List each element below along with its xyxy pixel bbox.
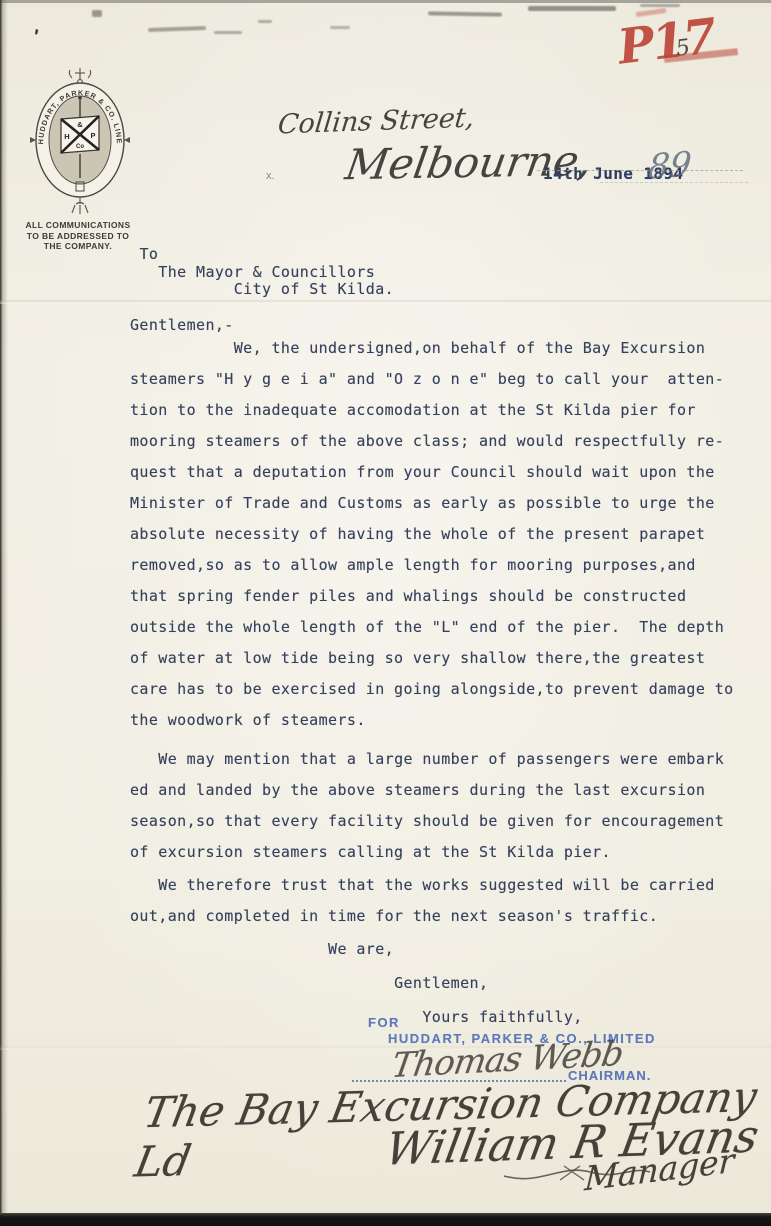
stamp-for-label: FOR bbox=[368, 1015, 400, 1030]
smudge-mark bbox=[528, 6, 616, 11]
scan-bottom-edge bbox=[0, 1213, 771, 1226]
emblem-address-note: ALL COMMUNICATIONS TO BE ADDRESSED TO TH… bbox=[18, 220, 138, 252]
fold-crease bbox=[0, 1046, 771, 1050]
fold-crease bbox=[0, 300, 771, 304]
date-rule-2 bbox=[600, 182, 748, 183]
scanned-letter-page: { "marks": { "red_file_number": "P17", "… bbox=[0, 0, 771, 1226]
flag-letter-amp: & bbox=[77, 120, 83, 129]
company-emblem: HUDDART, PARKER & CO. LINE H P & Co bbox=[24, 64, 136, 214]
smudge-mark bbox=[214, 31, 242, 34]
pencil-tick: x. bbox=[266, 170, 275, 182]
flag-letter-h: H bbox=[64, 132, 69, 141]
red-file-number: P17 bbox=[615, 8, 718, 75]
paragraph-3: We therefore trust that the works sugges… bbox=[130, 870, 758, 932]
paragraph-1: We, the undersigned,on behalf of the Bay… bbox=[130, 333, 758, 736]
addressee-block: To The Mayor & Councillors City of St Ki… bbox=[130, 246, 394, 299]
date-rule bbox=[537, 170, 743, 171]
smudge-mark bbox=[640, 4, 680, 7]
paragraph-2: We may mention that a large number of pa… bbox=[130, 744, 770, 868]
scan-top-edge bbox=[0, 0, 771, 3]
scan-left-edge bbox=[0, 0, 8, 1226]
flag-letter-p: P bbox=[90, 131, 95, 140]
smudge-mark bbox=[330, 26, 350, 29]
smudge-mark bbox=[92, 10, 102, 17]
closing-block: We are, Gentlemen, Yours faithfully, bbox=[130, 932, 583, 1034]
smudge-mark bbox=[258, 20, 272, 23]
flag-letter-co: Co bbox=[76, 144, 84, 150]
